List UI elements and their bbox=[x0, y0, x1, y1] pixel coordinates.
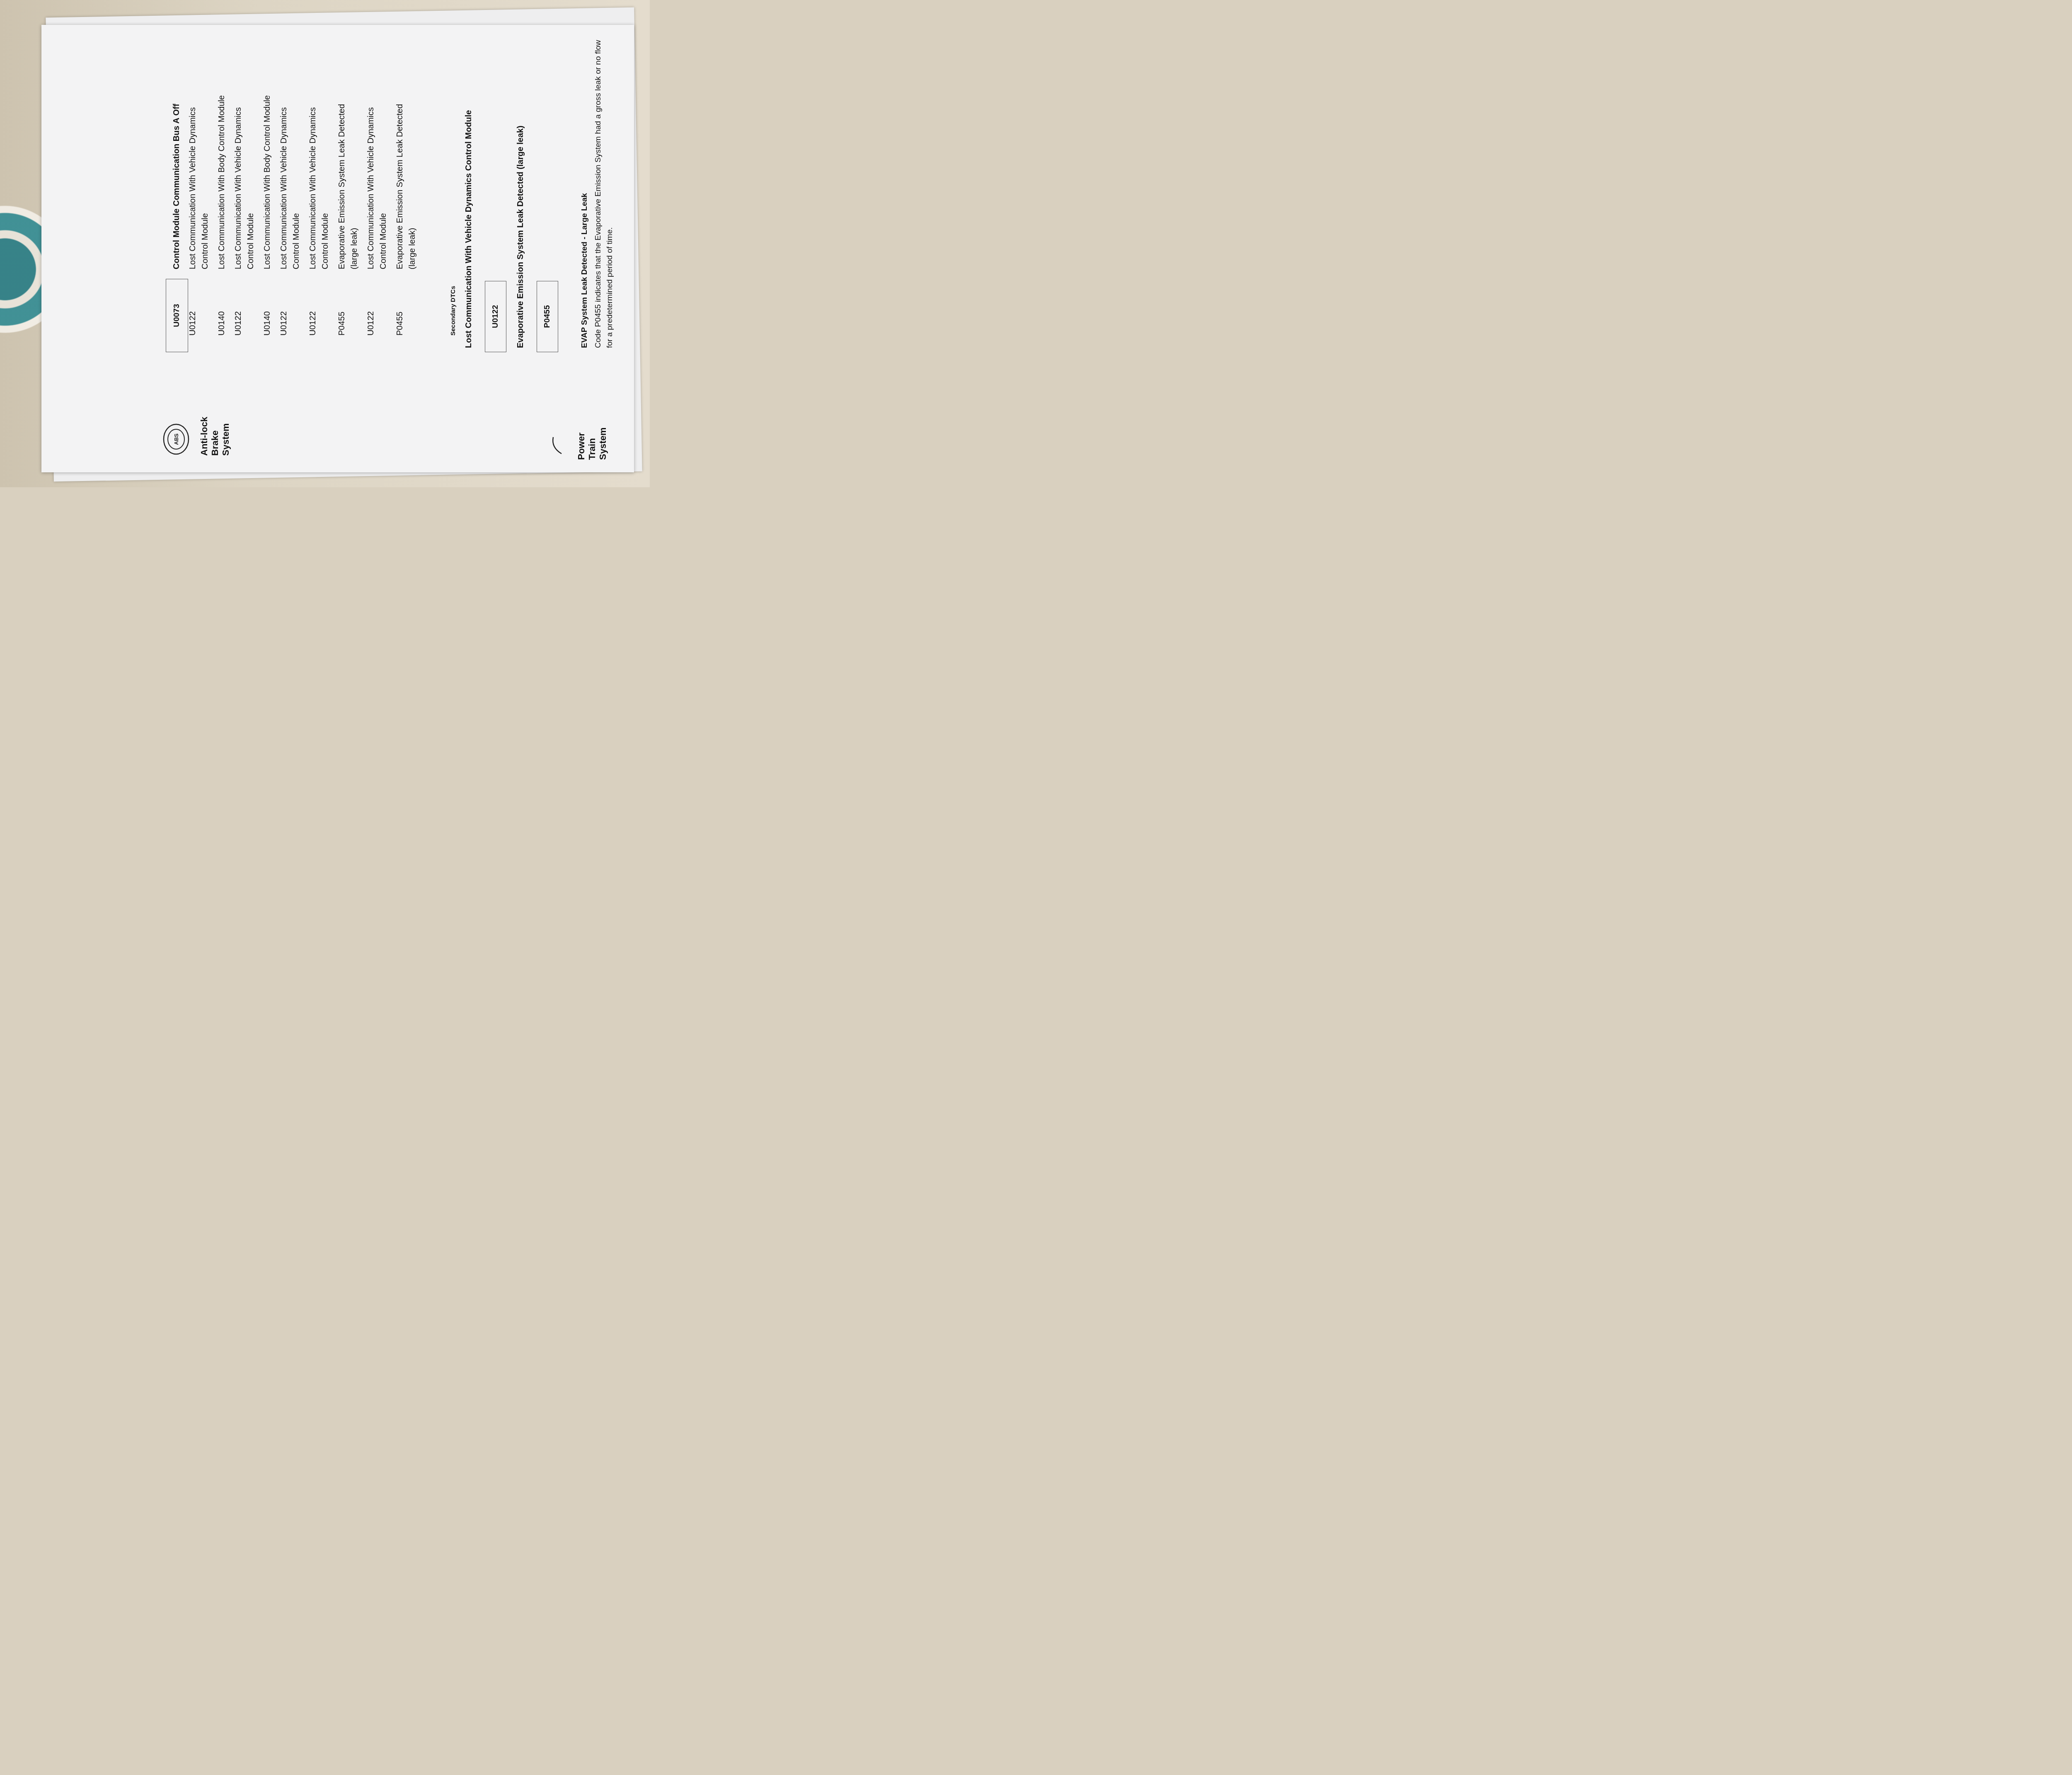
secondary-dtc-row: P0455Evaporative Emission System Leak De… bbox=[394, 79, 419, 336]
dtc-description: Evaporative Emission System Leak Detecte… bbox=[394, 79, 419, 269]
dtc-description: Lost Communication With Vehicle Dynamics… bbox=[278, 79, 303, 269]
secondary-dtc-row: U0122Lost Communication With Vehicle Dyn… bbox=[232, 79, 257, 336]
dtc-code: U0122 bbox=[278, 269, 303, 336]
secondary-dtc-row: U0140Lost Communication With Body Contro… bbox=[215, 79, 228, 336]
dtc-description: Lost Communication With Vehicle Dynamics… bbox=[307, 79, 332, 269]
dtc-code-box: U0122 bbox=[485, 281, 506, 352]
abs-warning-icon: ABS bbox=[162, 423, 191, 456]
dtc-code: U0122 bbox=[307, 269, 332, 336]
dtc-title: Evaporative Emission System Leak Detecte… bbox=[516, 126, 525, 348]
secondary-dtc-row: U0122Lost Communication With Vehicle Dyn… bbox=[278, 79, 303, 336]
svg-text:ABS: ABS bbox=[173, 433, 179, 445]
document-page: Power Train System EVAP System Leak Dete… bbox=[41, 25, 634, 472]
intro-title: EVAP System Leak Detected - Large Leak bbox=[580, 193, 589, 348]
dtc-code: P0455 bbox=[336, 269, 361, 336]
dtc-title: Lost Communication With Vehicle Dynamics… bbox=[464, 110, 474, 348]
dtc-code: P0455 bbox=[394, 269, 419, 336]
secondary-dtc-row: P0455Evaporative Emission System Leak De… bbox=[336, 79, 361, 336]
secondary-dtc-row: U0122Lost Communication With Vehicle Dyn… bbox=[186, 79, 211, 336]
secondary-dtc-list: P0455Evaporative Emission System Leak De… bbox=[41, 46, 439, 336]
secondary-dtc-row: U0122Lost Communication With Vehicle Dyn… bbox=[365, 79, 390, 336]
dtc-code: U0122 bbox=[232, 269, 257, 336]
dtc-code: U0140 bbox=[261, 269, 274, 336]
dtc-description: Lost Communication With Vehicle Dynamics… bbox=[365, 79, 390, 269]
dtc-code: U0122 bbox=[186, 269, 211, 336]
dtc-code-box: U0073 bbox=[166, 279, 188, 352]
dtc-description: Lost Communication With Vehicle Dynamics… bbox=[232, 79, 257, 269]
system-label-powertrain: Power Train System bbox=[576, 410, 608, 460]
intro-description: Code P0455 indicates that the Evaporativ… bbox=[593, 33, 616, 348]
secondary-dtc-row: U0122Lost Communication With Vehicle Dyn… bbox=[307, 79, 332, 336]
dtc-description: Lost Communication With Body Control Mod… bbox=[261, 79, 274, 269]
secondary-dtcs-label: Secondary DTCs bbox=[450, 286, 457, 336]
dtc-code: U0140 bbox=[215, 269, 228, 336]
dtc-description: Evaporative Emission System Leak Detecte… bbox=[336, 79, 361, 269]
powertrain-arc-icon bbox=[549, 435, 566, 456]
dtc-description: Lost Communication With Body Control Mod… bbox=[215, 79, 228, 269]
dtc-description: Lost Communication With Vehicle Dynamics… bbox=[186, 79, 211, 269]
dtc-code: U0122 bbox=[365, 269, 390, 336]
dtc-code-box: P0455 bbox=[537, 281, 558, 352]
secondary-dtc-row: U0140Lost Communication With Body Contro… bbox=[261, 79, 274, 336]
dtc-title: Control Module Communication Bus A Off bbox=[172, 104, 182, 269]
system-label-abs: Anti-lock Brake System bbox=[199, 406, 231, 456]
